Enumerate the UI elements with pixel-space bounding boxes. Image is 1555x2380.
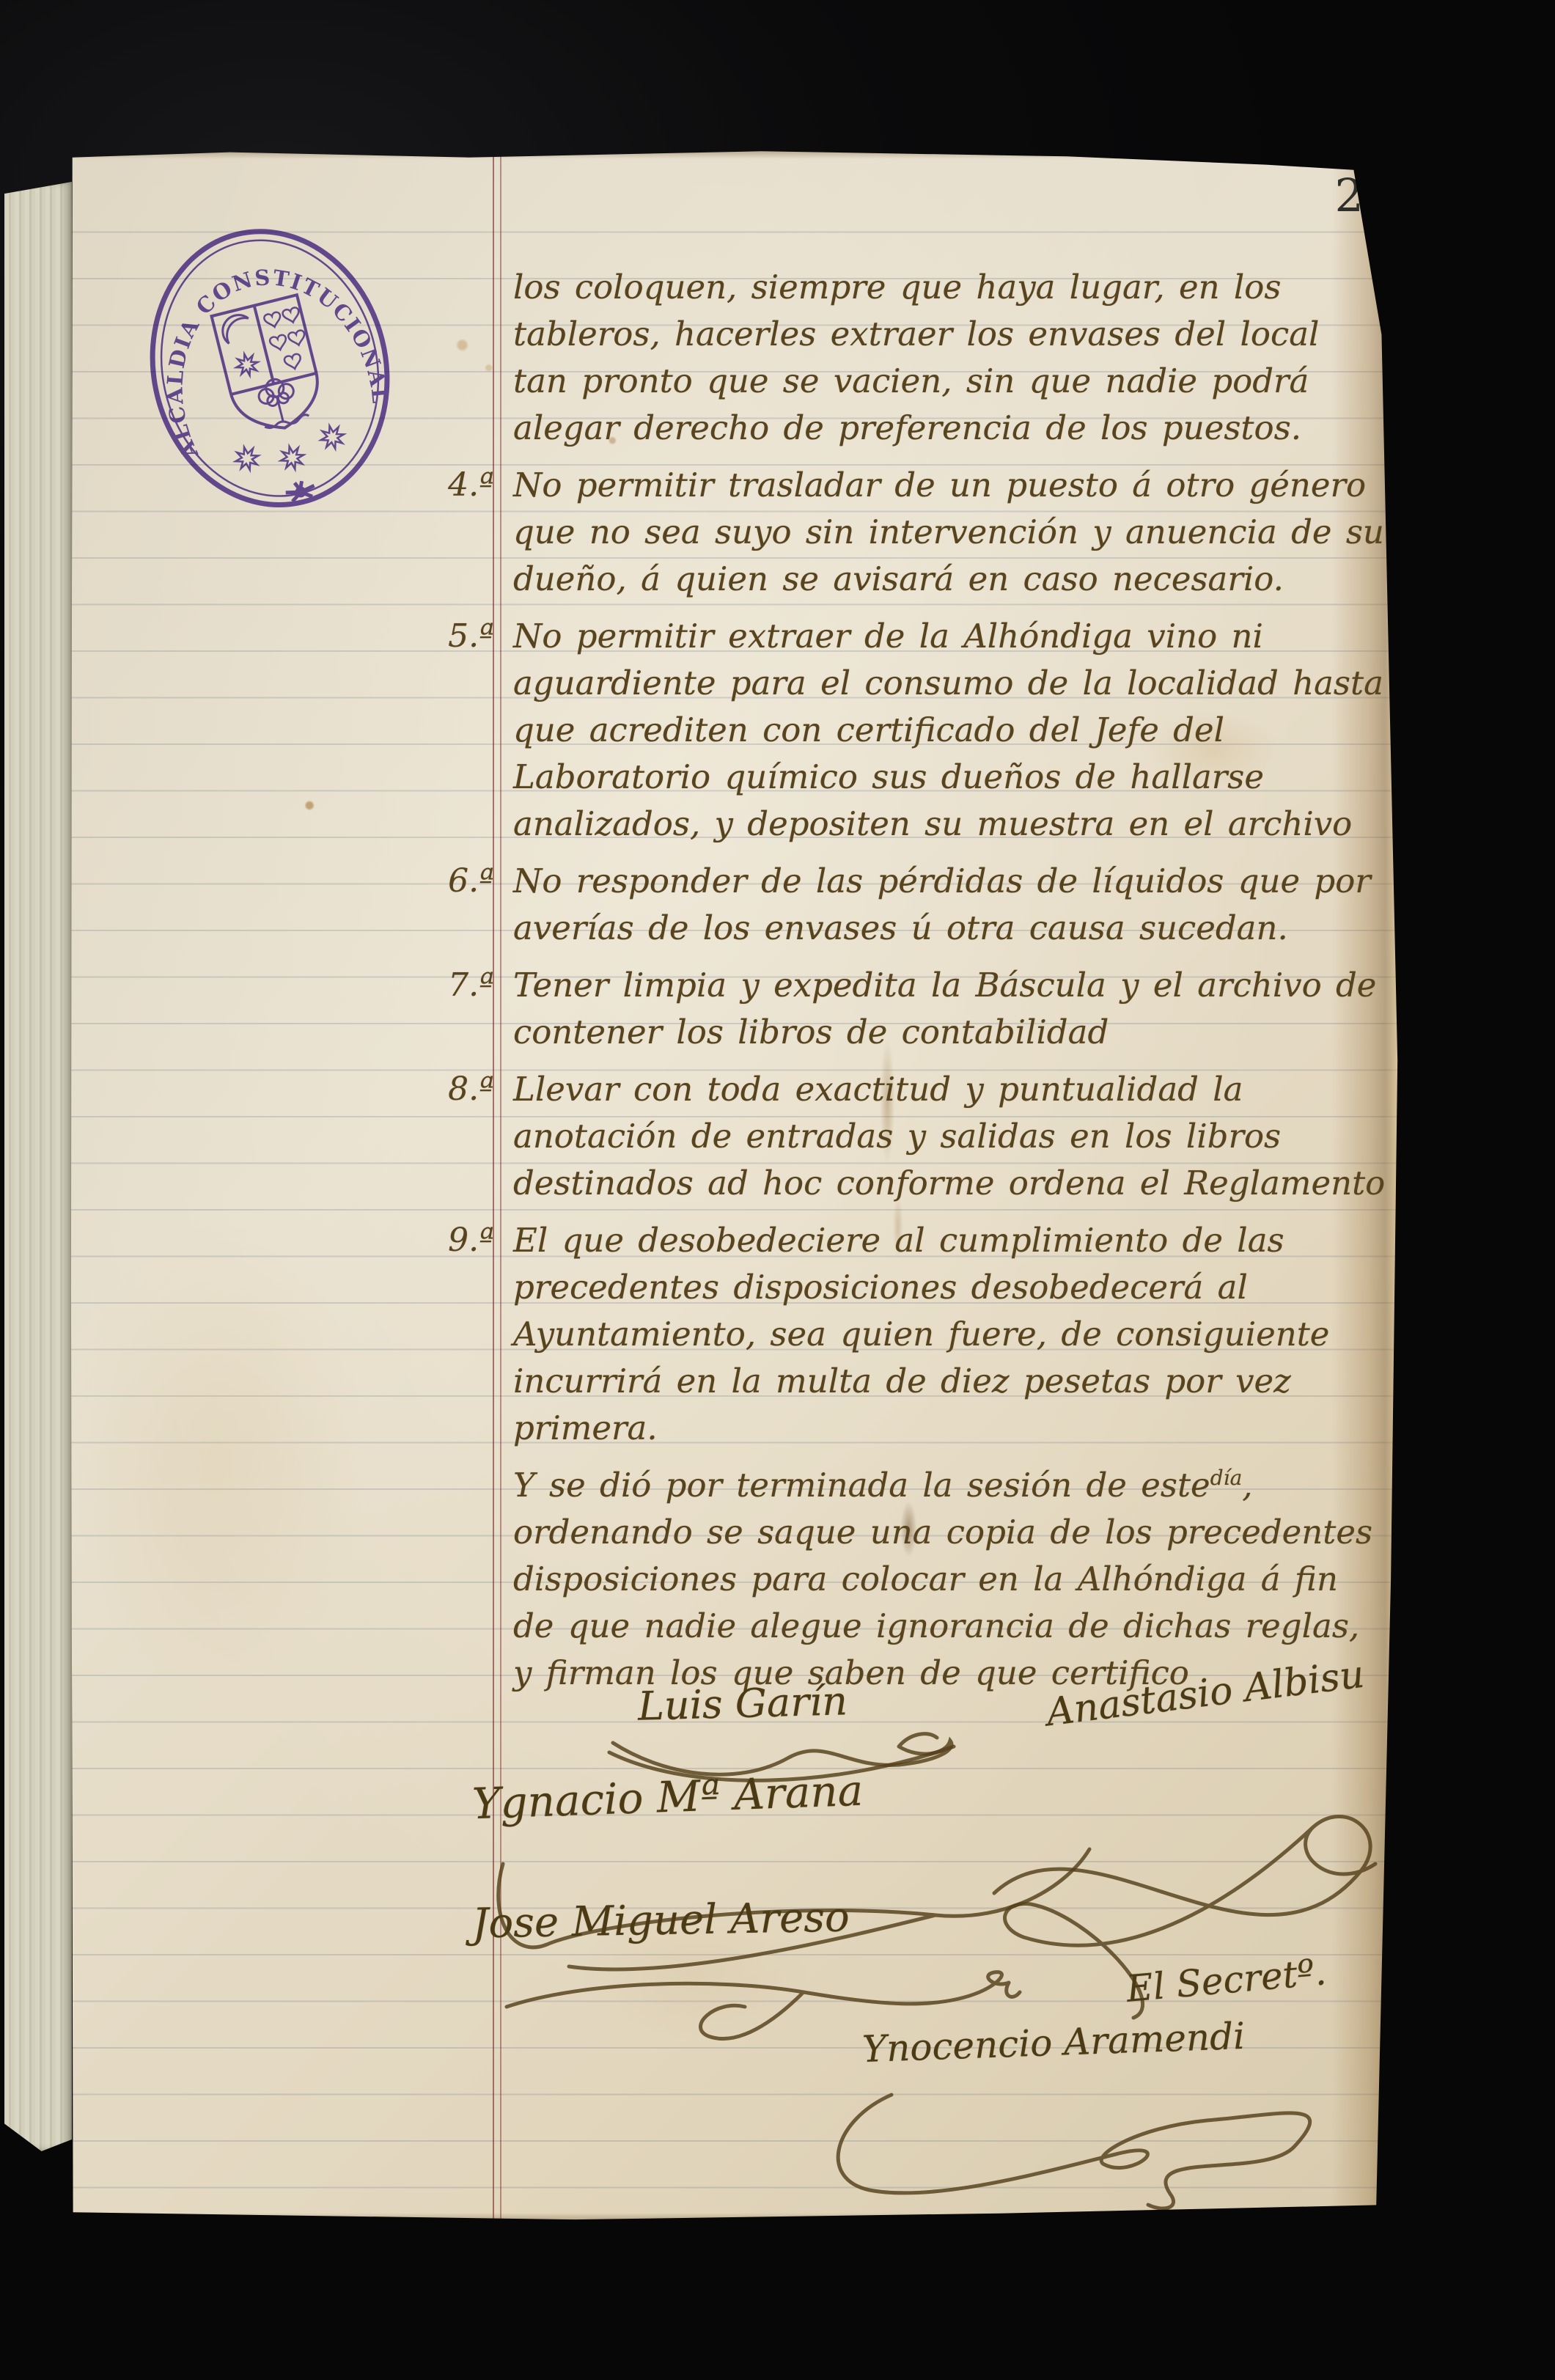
stamp-shield (212, 295, 328, 438)
ordinance-item: 6.ª No responder de las pérdidas de líqu… (440, 858, 1386, 952)
item-number: 8.ª (440, 1066, 513, 1113)
scan-background: 2 ALCALDIA CONSTITUCIONAL DE LAZCANO (0, 0, 1555, 2380)
page-number: 2 (1335, 169, 1364, 222)
tree-icon (254, 373, 310, 430)
closing-paragraph: Y se dió por terminada la sesión de este… (513, 1462, 1386, 1697)
hearts-quarter (263, 306, 312, 372)
interlinear-insertion: día (1210, 1466, 1243, 1490)
item-text: No permitir trasladar de un puesto á otr… (513, 462, 1386, 603)
body-intro-paragraph: los coloquen, siempre que haya lugar, en… (513, 264, 1386, 452)
ordinance-item: 8.ª Llevar con toda exactitud y puntuali… (440, 1066, 1386, 1207)
signature-luis-garin: Luis Garín (637, 1678, 848, 1729)
item-text: Llevar con toda exactitud y puntualidad … (513, 1066, 1386, 1207)
ordinance-item: 7.ª Tener limpia y expedita la Báscula y… (440, 962, 1386, 1056)
closing-text-before: Y se dió por terminada la sesión de este (513, 1466, 1210, 1505)
signature-rubric (826, 2076, 1412, 2216)
stamp-stars-row (232, 423, 349, 482)
item-number: 9.ª (440, 1217, 513, 1264)
book-page-edges (4, 182, 72, 2151)
crescent-icon (219, 312, 253, 345)
item-number: 6.ª (440, 858, 513, 905)
ordinance-item: 5.ª No permitir extraer de la Alhóndiga … (440, 613, 1386, 848)
item-text: Tener limpia y expedita la Báscula y el … (513, 962, 1386, 1056)
manuscript-page: 2 ALCALDIA CONSTITUCIONAL DE LAZCANO (70, 148, 1399, 2222)
item-text: El que desobedeciere al cumplimiento de … (513, 1217, 1386, 1452)
item-text: No responder de las pérdidas de líquidos… (513, 858, 1386, 952)
item-number: 7.ª (440, 962, 513, 1009)
ordinance-item: 9.ª El que desobedeciere al cumplimiento… (440, 1217, 1386, 1452)
manuscript-body: los coloquen, siempre que haya lugar, en… (440, 264, 1386, 1697)
ordinance-item: 4.ª No permitir trasladar de un puesto á… (440, 462, 1386, 603)
item-number: 5.ª (440, 613, 513, 660)
item-number: 4.ª (440, 462, 513, 509)
star-icon (234, 351, 260, 378)
item-text: No permitir extraer de la Alhóndiga vino… (513, 613, 1386, 848)
signature-jose-miguel-areso: Jose Miguel Areso (471, 1894, 850, 1948)
